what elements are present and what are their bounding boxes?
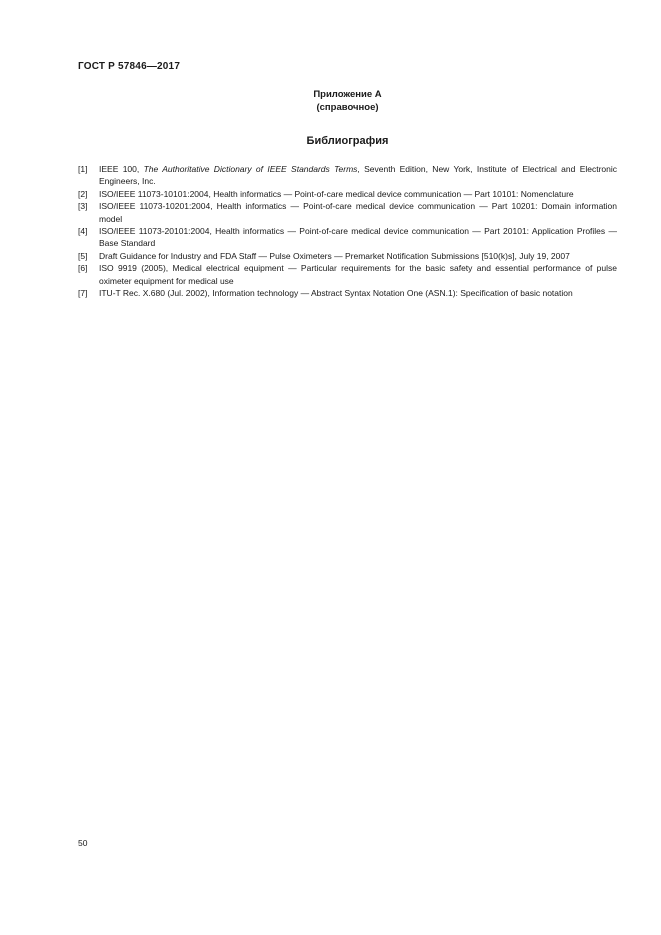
entry-text: ISO 9919 (2005), Medical electrical equi… <box>99 262 617 287</box>
appendix-title: Приложение А <box>78 89 617 102</box>
entry-text: ISO/IEEE 11073-10101:2004, Health inform… <box>99 188 617 200</box>
entry-text-segment: Draft Guidance for Industry and FDA Staf… <box>99 251 570 261</box>
entry-text: ITU-T Rec. X.680 (Jul. 2002), Informatio… <box>99 287 617 299</box>
doc-code: ГОСТ Р 57846—2017 <box>78 61 180 72</box>
entry-ref: [5] <box>78 250 99 262</box>
entry-text: IEEE 100, The Authoritative Dictionary o… <box>99 163 617 188</box>
bibliography-entry: [4] ISO/IEEE 11073-20101:2004, Health in… <box>78 225 617 250</box>
bibliography-entry: [3] ISO/IEEE 11073-10201:2004, Health in… <box>78 200 617 225</box>
entry-text-segment: ISO 9919 (2005), Medical electrical equi… <box>99 263 617 285</box>
entry-text: ISO/IEEE 11073-10201:2004, Health inform… <box>99 200 617 225</box>
bibliography-entry: [7] ITU-T Rec. X.680 (Jul. 2002), Inform… <box>78 287 617 299</box>
entry-text-segment: ITU-T Rec. X.680 (Jul. 2002), Informatio… <box>99 288 573 298</box>
entry-ref: [6] <box>78 262 99 274</box>
bibliography-entry: [6] ISO 9919 (2005), Medical electrical … <box>78 262 617 287</box>
entry-ref: [2] <box>78 188 99 200</box>
bibliography-entry: [1] IEEE 100, The Authoritative Dictiona… <box>78 163 617 188</box>
bibliography-entry: [2] ISO/IEEE 11073-10101:2004, Health in… <box>78 188 617 200</box>
entry-ref: [4] <box>78 225 99 237</box>
appendix-subtitle: (справочное) <box>78 102 617 115</box>
bibliography-entry: [5] Draft Guidance for Industry and FDA … <box>78 250 617 262</box>
entry-text-segment: ISO/IEEE 11073-10101:2004, Health inform… <box>99 189 574 199</box>
entry-text-segment: ISO/IEEE 11073-20101:2004, Health inform… <box>99 226 617 248</box>
entry-ref: [1] <box>78 163 99 175</box>
entry-text-segment-italic: The Authoritative Dictionary of IEEE Sta… <box>144 164 358 174</box>
entry-ref: [7] <box>78 287 99 299</box>
entry-text: Draft Guidance for Industry and FDA Staf… <box>99 250 617 262</box>
entry-text-segment: ISO/IEEE 11073-10201:2004, Health inform… <box>99 201 617 223</box>
page-number: 50 <box>78 838 87 848</box>
appendix-heading: Приложение А (справочное) <box>78 89 617 114</box>
section-title: Библиография <box>78 135 617 147</box>
bibliography-list: [1] IEEE 100, The Authoritative Dictiona… <box>78 163 617 299</box>
document-page: ГОСТ Р 57846—2017 Приложение А (справочн… <box>0 0 661 935</box>
entry-ref: [3] <box>78 200 99 212</box>
entry-text-segment: IEEE 100, <box>99 164 144 174</box>
entry-text: ISO/IEEE 11073-20101:2004, Health inform… <box>99 225 617 250</box>
